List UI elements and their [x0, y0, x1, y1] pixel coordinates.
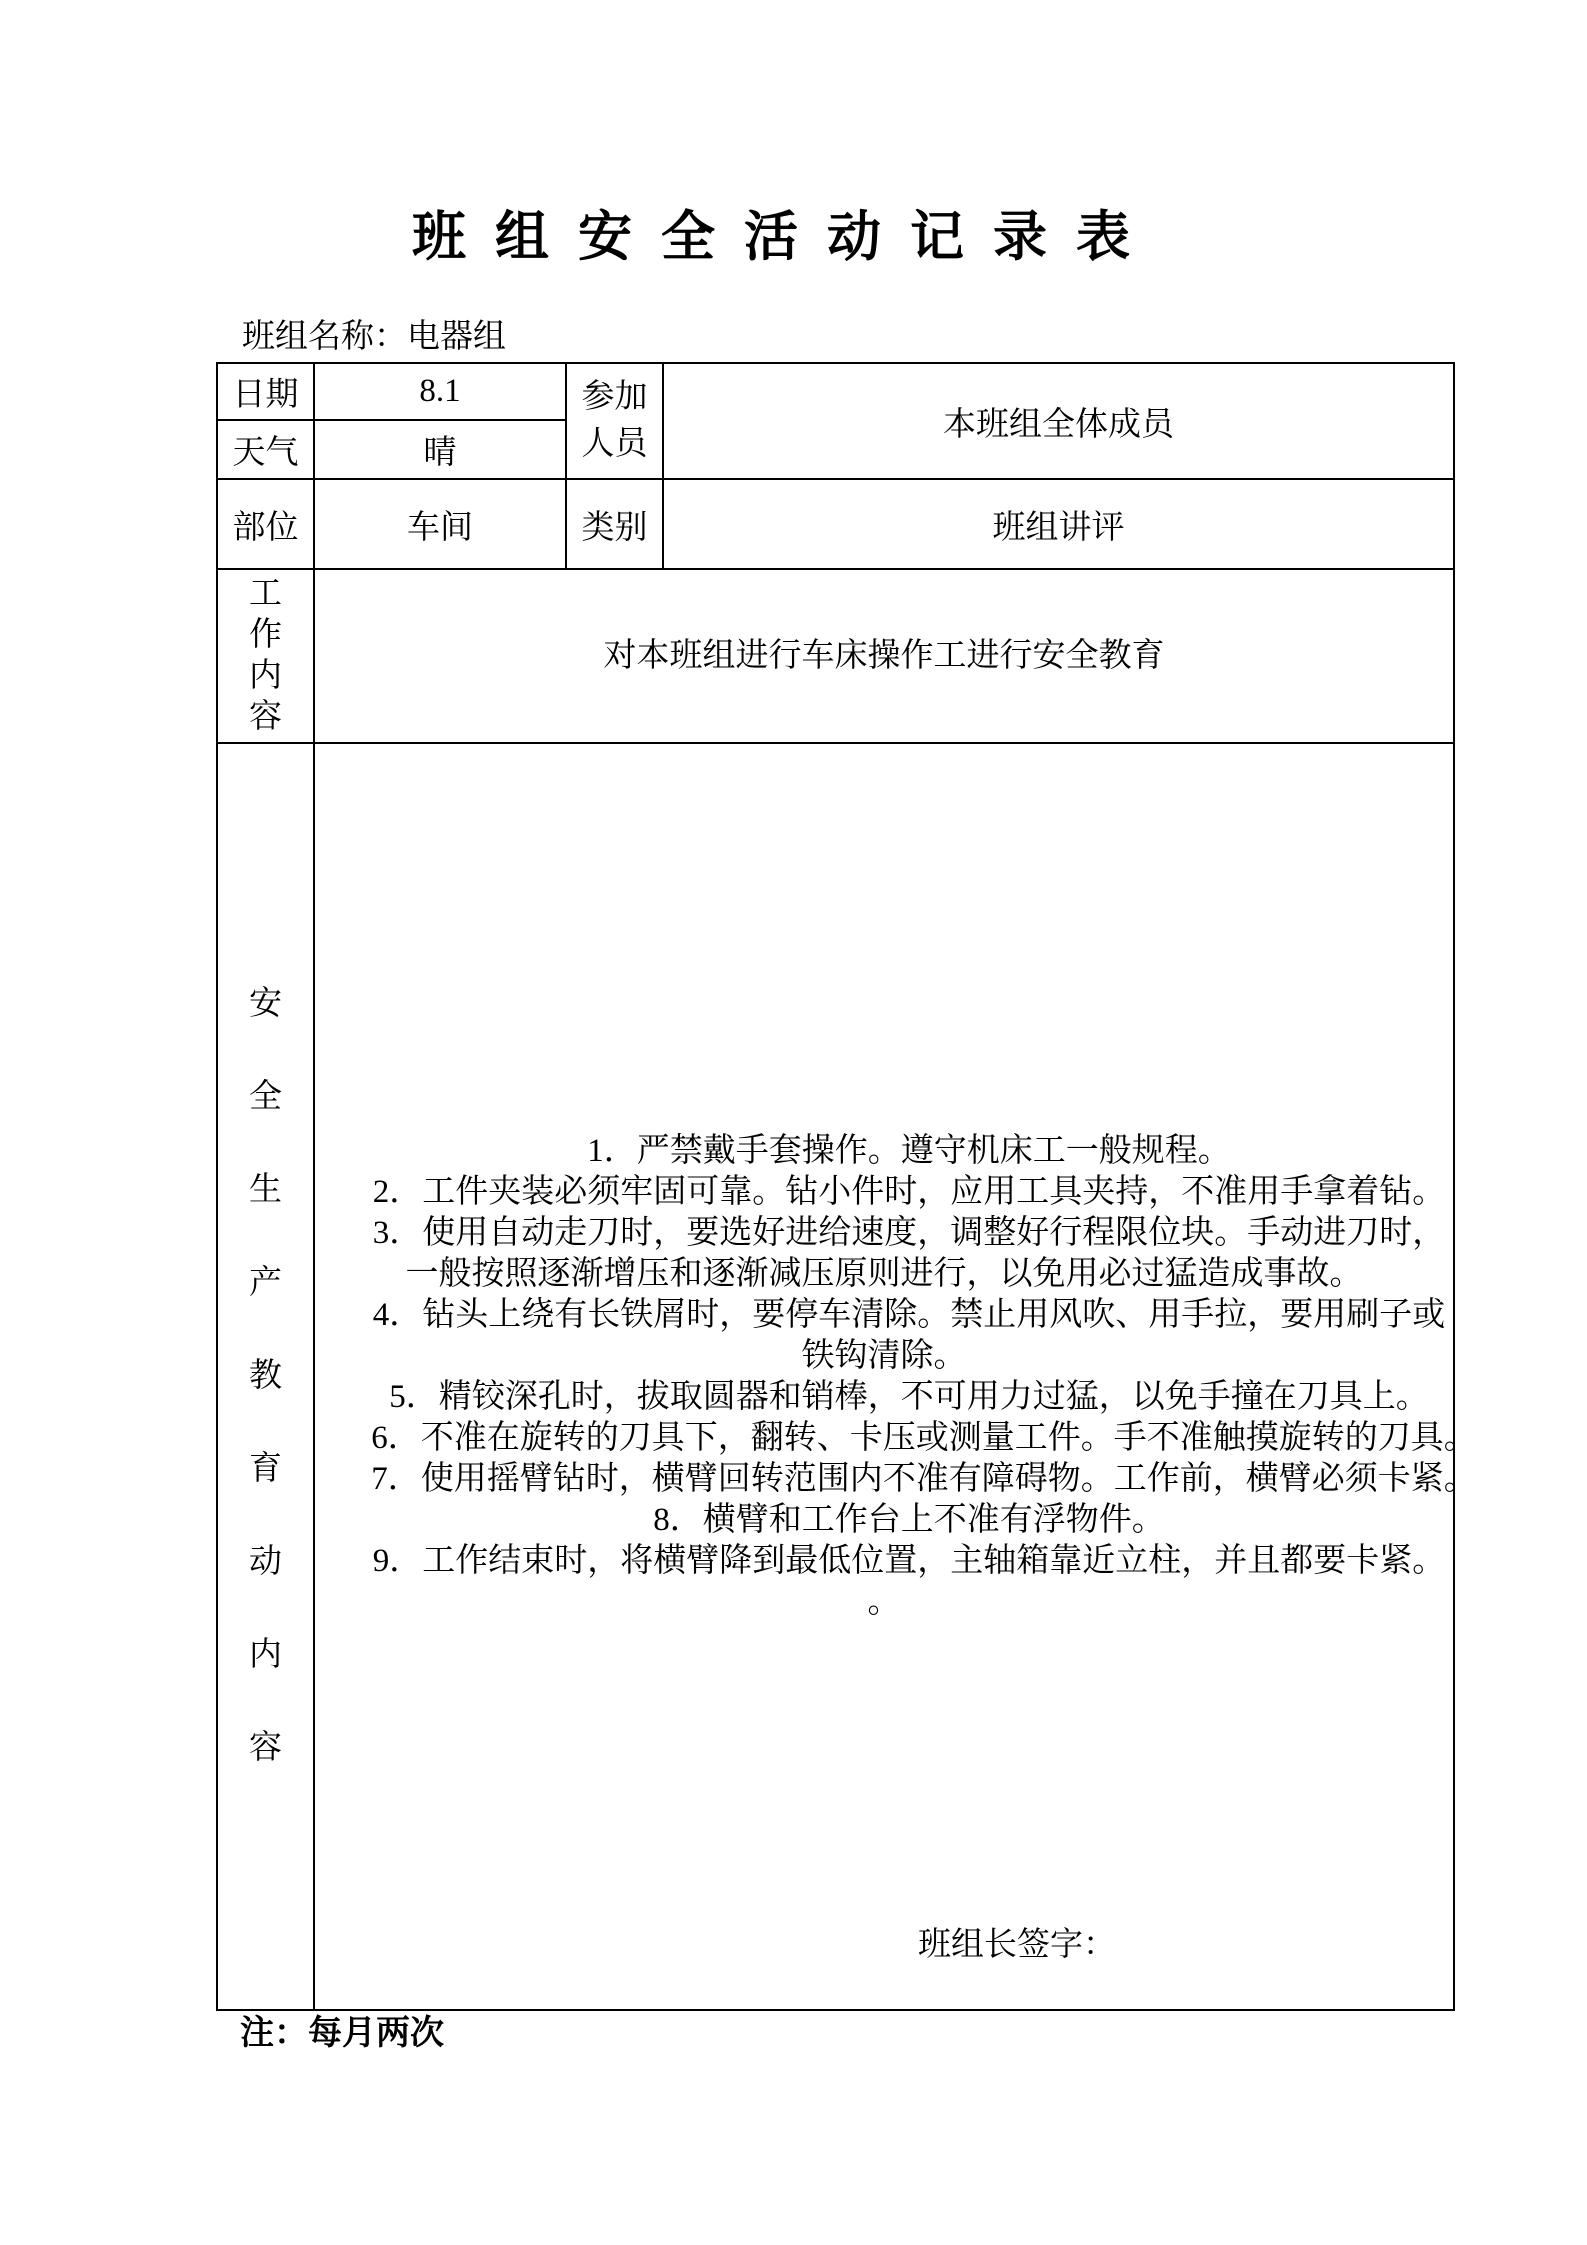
weather-value-cell: 晴	[314, 420, 566, 479]
education-item: 3．使用自动走刀时，要选好进给速度，调整好行程限位块。手动进刀时，一般按照逐渐增…	[315, 1213, 1453, 1295]
date-value-cell: 8.1	[314, 363, 566, 420]
category-value-cell: 班组讲评	[663, 479, 1454, 569]
date-label-cell: 日期	[217, 363, 314, 420]
row-date: 日期 8.1 参加人员 本班组全体成员	[217, 363, 1454, 420]
education-item: 6．不准在旋转的刀具下，翻转、卡压或测量工件。手不准触摸旋转的刀具。	[315, 1418, 1454, 1459]
education-item: 7．使用摇臂钻时，横臂回转范围内不准有障碍物。工作前，横臂必须卡紧。	[315, 1459, 1454, 1500]
work-value-cell: 对本班组进行车床操作工进行安全教育	[314, 569, 1454, 743]
document-title: 班组安全活动记录表	[412, 202, 1159, 272]
footer-note: 注：每月两次	[240, 2012, 444, 2056]
row-work-content: 工作内容 对本班组进行车床操作工进行安全教育	[217, 569, 1454, 743]
education-label-cell: 安全生产教育动内容	[217, 743, 314, 2010]
group-name-line: 班组名称：电器组	[242, 316, 506, 358]
location-label-cell: 部位	[217, 479, 314, 569]
education-item: 9．工作结束时，将横臂降到最低位置，主轴箱靠近立柱，并且都要卡紧。	[315, 1541, 1453, 1582]
group-name-label: 班组名称：	[242, 319, 407, 355]
category-label-cell: 类别	[566, 479, 663, 569]
leader-signature-label: 班组长签字：	[918, 1925, 1116, 1966]
participants-value-cell: 本班组全体成员	[663, 363, 1454, 479]
education-item: 4．钻头上绕有长铁屑时，要停车清除。禁止用风吹、用手拉，要用刷子或铁钩清除。	[315, 1295, 1453, 1377]
education-item: 2．工件夹装必须牢固可靠。钻小件时，应用工具夹持，不准用手拿着钻。	[315, 1172, 1453, 1213]
education-item: 1．严禁戴手套操作。遵守机床工一般规程。	[315, 1131, 1453, 1172]
record-table: 日期 8.1 参加人员 本班组全体成员 天气 晴 部位 车间 类别 班组讲评 工…	[216, 362, 1455, 2011]
education-item: 8．横臂和工作台上不准有浮物件。	[315, 1500, 1453, 1541]
row-location: 部位 车间 类别 班组讲评	[217, 479, 1454, 569]
work-label: 工作内容	[249, 574, 283, 738]
education-item: 5．精铰深孔时，拔取圆器和销棒，不可用力过猛，以免手撞在刀具上。	[315, 1377, 1453, 1418]
group-name-value: 电器组	[407, 319, 506, 355]
education-label: 安全生产教育动内容	[249, 958, 283, 1795]
participants-label-cell: 参加人员	[566, 363, 663, 479]
education-overflow-period: 。	[315, 1582, 1453, 1623]
work-label-cell: 工作内容	[217, 569, 314, 743]
weather-label-cell: 天气	[217, 420, 314, 479]
education-content-cell: 1．严禁戴手套操作。遵守机床工一般规程。 2．工件夹装必须牢固可靠。钻小件时，应…	[314, 743, 1454, 2010]
row-education: 安全生产教育动内容 1．严禁戴手套操作。遵守机床工一般规程。 2．工件夹装必须牢…	[217, 743, 1454, 2010]
participants-label: 参加人员	[581, 374, 649, 468]
location-value-cell: 车间	[314, 479, 566, 569]
document-page: 班组安全活动记录表 班组名称：电器组 日期 8.1 参加人员 本班组全体成员 天…	[0, 0, 1587, 2245]
